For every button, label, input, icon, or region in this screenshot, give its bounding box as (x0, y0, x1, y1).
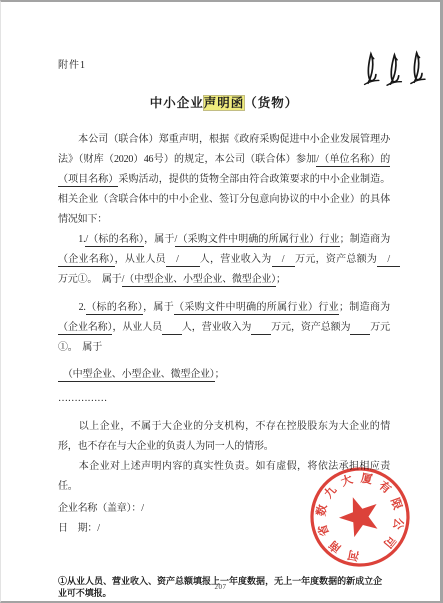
text-run: 万元，资产总额为 (271, 322, 350, 333)
text-run: ，属于 (144, 234, 174, 245)
title-prefix: 中小企业 (150, 96, 204, 110)
text-run: 万元①。 属于 (58, 274, 122, 285)
fill-in-blank (58, 369, 68, 382)
text-run: 2. (58, 302, 86, 313)
text-run: ； (215, 369, 225, 380)
page-number: 207 (1, 583, 440, 591)
fill-in-blank (162, 322, 182, 335)
fill-in-blank: （企业名称） (58, 322, 112, 335)
fill-in-blank: （标的名称） (86, 302, 143, 315)
no-branch-paragraph: 以上企业，不属于大企业的分支机构，不存在控股股东为大企业的情形，也不存在与大企业… (58, 417, 390, 457)
stamp-text-char: 公 (390, 517, 405, 531)
text-run: ；制造商为 (340, 234, 390, 245)
ellipsis-row: …………… (58, 389, 390, 409)
text-run: 万元，资产总额为 (295, 254, 377, 265)
fill-in-blank: （中型企业、小型企业、微型企业） (68, 369, 215, 382)
intro-paragraph: 本公司（联合体）郑重声明，根据《政府采购促进中小企业发展管理办法》（财库（202… (58, 130, 390, 230)
date-line: 日 期：/ (58, 519, 390, 539)
fill-in-blank: （企业名称） (58, 254, 115, 267)
fill-in-blank: （采购文件中明确的所属行业）行业 (174, 302, 339, 315)
fill-in-blank: /（采购文件中明确的所属行业）行业 (175, 234, 340, 247)
document-page: 附件1 中小企业声明函（货物） 本公司（联合体）郑重声明，根据《政府采购促进中小… (0, 0, 443, 603)
title-suffix: （货物） (244, 96, 298, 110)
text-run: ，从业人员 (115, 254, 166, 265)
text-run: ； (276, 274, 286, 285)
fill-in-blank: / (166, 254, 200, 267)
document-title: 中小企业声明函（货物） (58, 93, 390, 111)
text-run: 人，营业收入为 (182, 322, 251, 333)
text-run: ；制造商为 (339, 302, 390, 313)
company-seal-line: 企业名称（盖章）：/ (58, 499, 390, 519)
item-2: 2.（标的名称），属于（采购文件中明确的所属行业）行业；制造商为（企业名称），从… (58, 298, 390, 358)
fill-in-blank: /（中型企业、小型企业、微型企业） (122, 274, 276, 287)
fill-in-blank (251, 322, 271, 335)
fill-in-blank: / (272, 254, 296, 267)
fill-in-blank (350, 322, 370, 335)
fill-in-blank: /（标的名称） (85, 234, 144, 247)
document-content: 附件1 中小企业声明函（货物） 本公司（联合体）郑重声明，根据《政府采购促进中小… (58, 56, 390, 599)
fill-in-blank: / (377, 254, 400, 267)
item-1: 1./（标的名称），属于/（采购文件中明确的所属行业）行业；制造商为（企业名称）… (58, 230, 390, 290)
text-run: ，从业人员 (112, 322, 162, 333)
text-run: 人，营业收入为 (200, 254, 272, 265)
stamp-text-char: 限 (388, 496, 405, 512)
text-run: 1. (58, 234, 85, 245)
item-2-continued: （中型企业、小型企业、微型企业）； (58, 365, 390, 385)
attachment-label: 附件1 (58, 56, 390, 71)
title-highlight: 声明函 (204, 96, 245, 110)
text-run: ，属于 (143, 302, 174, 313)
responsibility-paragraph: 本企业对上述声明内容的真实性负责。如有虚假，将依法承担相应责任。 (58, 457, 390, 497)
